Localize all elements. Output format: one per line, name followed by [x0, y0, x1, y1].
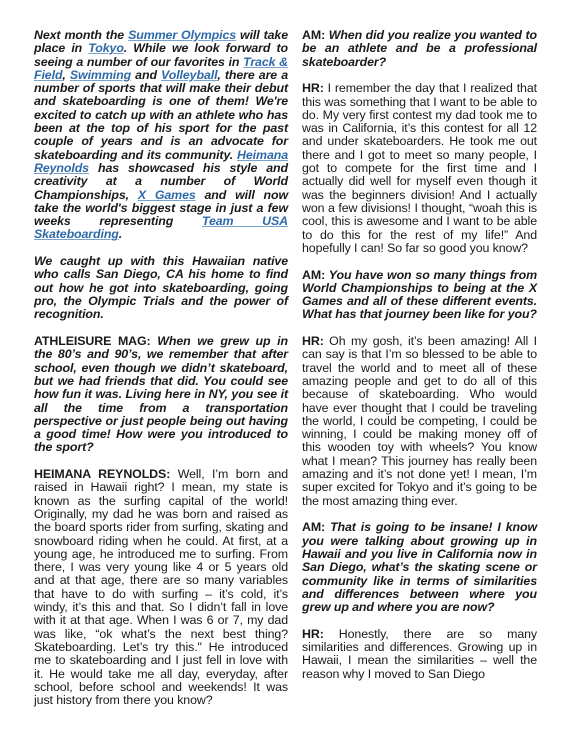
answer-paragraph: HR: Honestly, there are so many similari… — [302, 628, 537, 681]
link-swimming[interactable]: Swimming — [70, 68, 131, 82]
answer-paragraph: HR: Oh my gosh, it’s been amazing! All I… — [302, 335, 537, 508]
speaker-label: HR: — [302, 334, 324, 348]
question-paragraph: AM: That is going to be insane! I know y… — [302, 521, 537, 614]
speaker-label: HR: — [302, 81, 324, 95]
question-paragraph: AM: When did you realize you wanted to b… — [302, 29, 537, 69]
intro-paragraph: Next month the Summer Olympics will take… — [34, 29, 288, 242]
answer-paragraph: HR: I remember the day that I realized t… — [302, 82, 537, 255]
link-tokyo[interactable]: Tokyo — [88, 41, 124, 55]
link-x-games[interactable]: X Games — [138, 188, 196, 202]
intro-paragraph-2: We caught up with this Hawaiian native w… — [34, 255, 288, 321]
speaker-label: ATHLEISURE MAG: — [34, 334, 151, 348]
speaker-label: AM: — [302, 268, 325, 282]
link-summer-olympics[interactable]: Summer Olympics — [128, 28, 236, 42]
speaker-label: HEIMANA REYNOLDS: — [34, 467, 170, 481]
speaker-label: HR: — [302, 627, 324, 641]
link-volleyball[interactable]: Volleyball — [161, 68, 217, 82]
speaker-label: AM: — [302, 520, 325, 534]
answer-paragraph: HEIMANA REYNOLDS: Well, I’m born and rai… — [34, 468, 288, 707]
speaker-label: AM: — [302, 28, 325, 42]
left-column: Next month the Summer Olympics will take… — [34, 29, 288, 721]
question-paragraph: AM: You have won so many things from Wor… — [302, 269, 537, 322]
question-paragraph: ATHLEISURE MAG: When we grew up in the 8… — [34, 335, 288, 455]
right-column: AM: When did you realize you wanted to b… — [302, 29, 537, 694]
